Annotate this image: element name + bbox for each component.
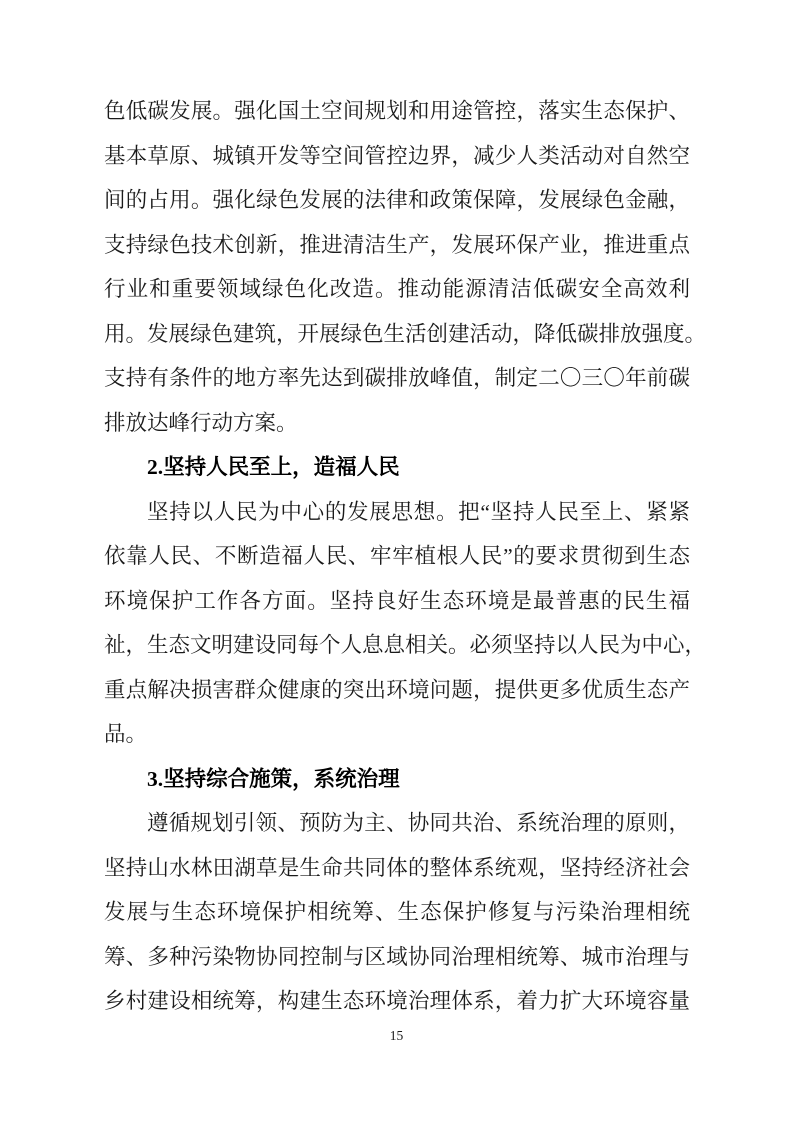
- section-heading-3: 3.坚持综合施策，系统治理: [104, 757, 690, 802]
- section-heading-2: 2.坚持人民至上，造福人民: [104, 445, 690, 490]
- document-body: 色低碳发展。强化国土空间规划和用途管控，落实生态保护、 基本草原、城镇开发等空间…: [104, 89, 690, 1024]
- text-line: 重点解决损害群众健康的突出环境问题，提供更多优质生态产: [104, 668, 690, 713]
- paragraph-2: 坚持以人民为中心的发展思想。把“坚持人民至上、紧紧 依靠人民、不断造福人民、牢牢…: [104, 490, 690, 757]
- text-line: 品。: [104, 712, 690, 757]
- text-line: 乡村建设相统筹，构建生态环境治理体系，着力扩大环境容量: [104, 979, 690, 1024]
- text-line: 排放达峰行动方案。: [104, 401, 690, 446]
- paragraph-3: 遵循规划引领、预防为主、协同共治、系统治理的原则， 坚持山水林田湖草是生命共同体…: [104, 801, 690, 1024]
- text-line: 支持绿色技术创新，推进清洁生产，发展环保产业，推进重点: [104, 223, 690, 268]
- text-line: 行业和重要领域绿色化改造。推动能源清洁低碳安全高效利: [104, 267, 690, 312]
- text-line: 支持有条件的地方率先达到碳排放峰值，制定二〇三〇年前碳: [104, 356, 690, 401]
- page-number: 15: [0, 1026, 793, 1046]
- text-line: 筹、多种污染物协同控制与区域协同治理相统筹、城市治理与: [104, 935, 690, 980]
- text-line: 依靠人民、不断造福人民、牢牢植根人民”的要求贯彻到生态: [104, 534, 690, 579]
- text-line: 发展与生态环境保护相统筹、生态保护修复与污染治理相统: [104, 890, 690, 935]
- text-line: 环境保护工作各方面。坚持良好生态环境是最普惠的民生福: [104, 579, 690, 624]
- text-line: 坚持山水林田湖草是生命共同体的整体系统观，坚持经济社会: [104, 846, 690, 891]
- text-line: 祉，生态文明建设同每个人息息相关。必须坚持以人民为中心，: [104, 623, 690, 668]
- text-line: 用。发展绿色建筑，开展绿色生活创建活动，降低碳排放强度。: [104, 312, 690, 357]
- paragraph-continued: 色低碳发展。强化国土空间规划和用途管控，落实生态保护、 基本草原、城镇开发等空间…: [104, 89, 690, 445]
- text-line: 坚持以人民为中心的发展思想。把“坚持人民至上、紧紧: [104, 490, 690, 535]
- text-line: 遵循规划引领、预防为主、协同共治、系统治理的原则，: [104, 801, 690, 846]
- text-line: 间的占用。强化绿色发展的法律和政策保障，发展绿色金融，: [104, 178, 690, 223]
- text-line: 色低碳发展。强化国土空间规划和用途管控，落实生态保护、: [104, 89, 690, 134]
- text-line: 基本草原、城镇开发等空间管控边界，减少人类活动对自然空: [104, 134, 690, 179]
- document-page: 色低碳发展。强化国土空间规划和用途管控，落实生态保护、 基本草原、城镇开发等空间…: [0, 0, 793, 1122]
